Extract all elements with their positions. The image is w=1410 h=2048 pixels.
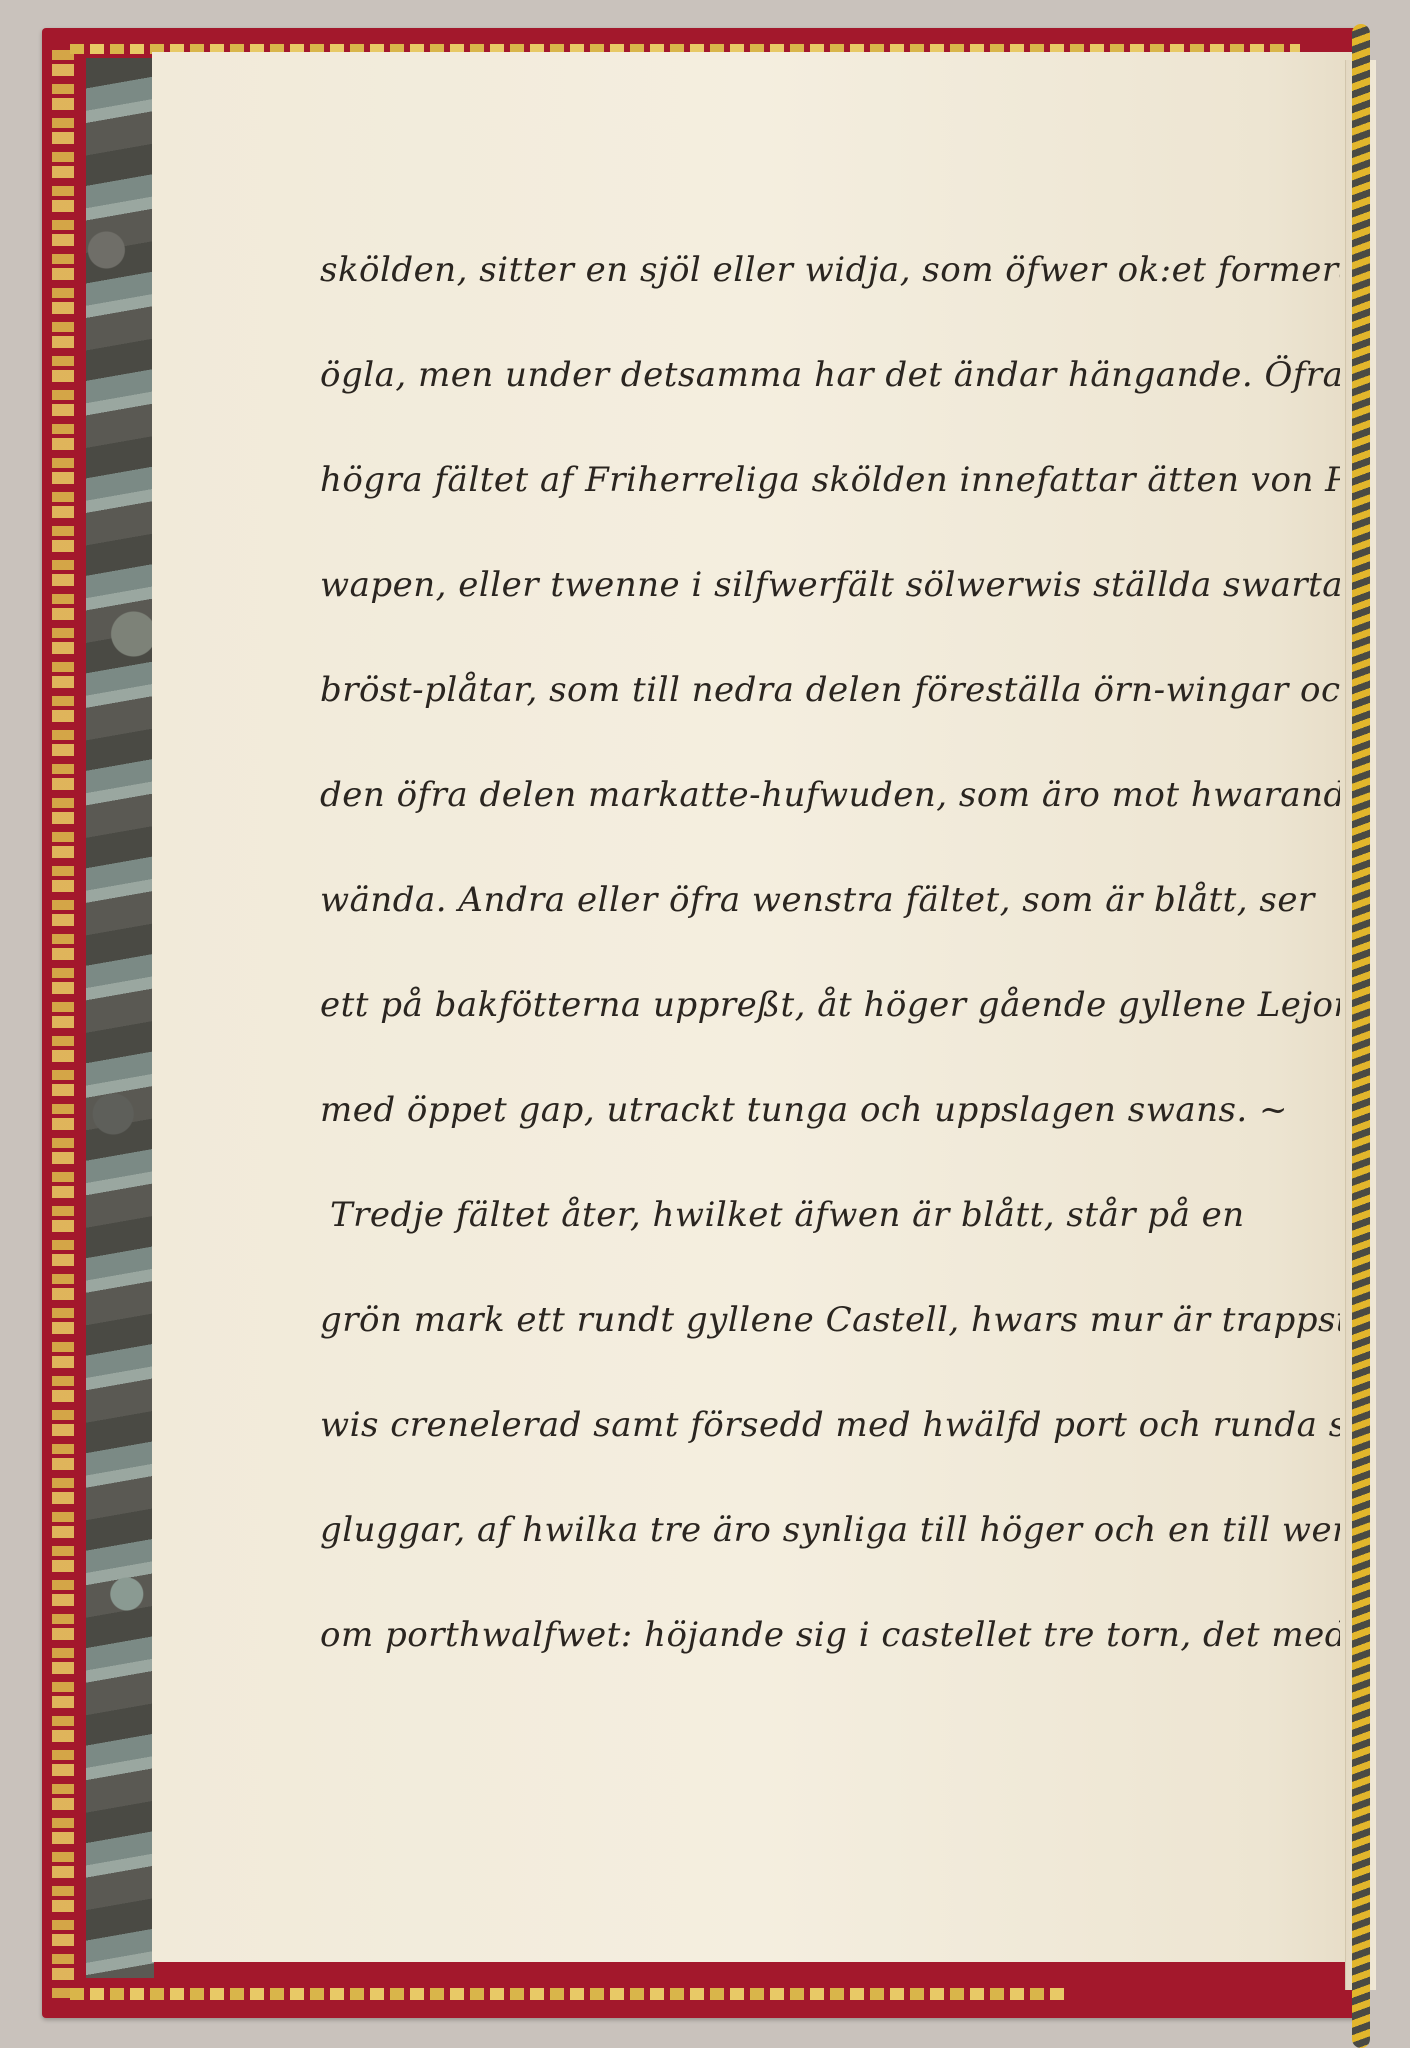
text-line: Tredje fältet åter, hwilket äfwen är blå…: [320, 1163, 1340, 1268]
text-line: wapen, eller twenne i silfwerfält sölwer…: [320, 533, 1340, 638]
text-line: den öfra delen markatte-hufwuden, som är…: [320, 743, 1340, 848]
text-line: högra fältet af Friherreliga skölden inn…: [320, 428, 1340, 533]
text-line: gluggar, af hwilka tre äro synliga till …: [320, 1478, 1340, 1583]
marbled-endpaper: [86, 58, 154, 1978]
text-line: wända. Andra eller öfra wenstra fältet, …: [320, 848, 1340, 953]
text-line: bröst-plåtar, som till nedra delen föres…: [320, 638, 1340, 743]
text-line: ett på bakfötterna uppreßt, åt höger gåe…: [320, 953, 1340, 1058]
text-line: ögla, men under detsamma har det ändar h…: [320, 323, 1340, 428]
text-line: wis crenelerad samt försedd med hwälfd p…: [320, 1373, 1340, 1478]
text-line: om porthwalfwet: höjande sig i castellet…: [320, 1583, 1340, 1688]
gilt-border-bottom: [70, 1988, 1070, 2000]
manuscript-text: skölden, sitter en sjöl eller widja, som…: [320, 218, 1340, 1688]
text-line: skölden, sitter en sjöl eller widja, som…: [320, 218, 1340, 323]
bookmark-cord: [1352, 24, 1370, 2048]
text-line: grön mark ett rundt gyllene Castell, hwa…: [320, 1268, 1340, 1373]
text-line: med öppet gap, utrackt tunga och uppslag…: [320, 1058, 1340, 1163]
gilt-border-left: [52, 50, 74, 2000]
